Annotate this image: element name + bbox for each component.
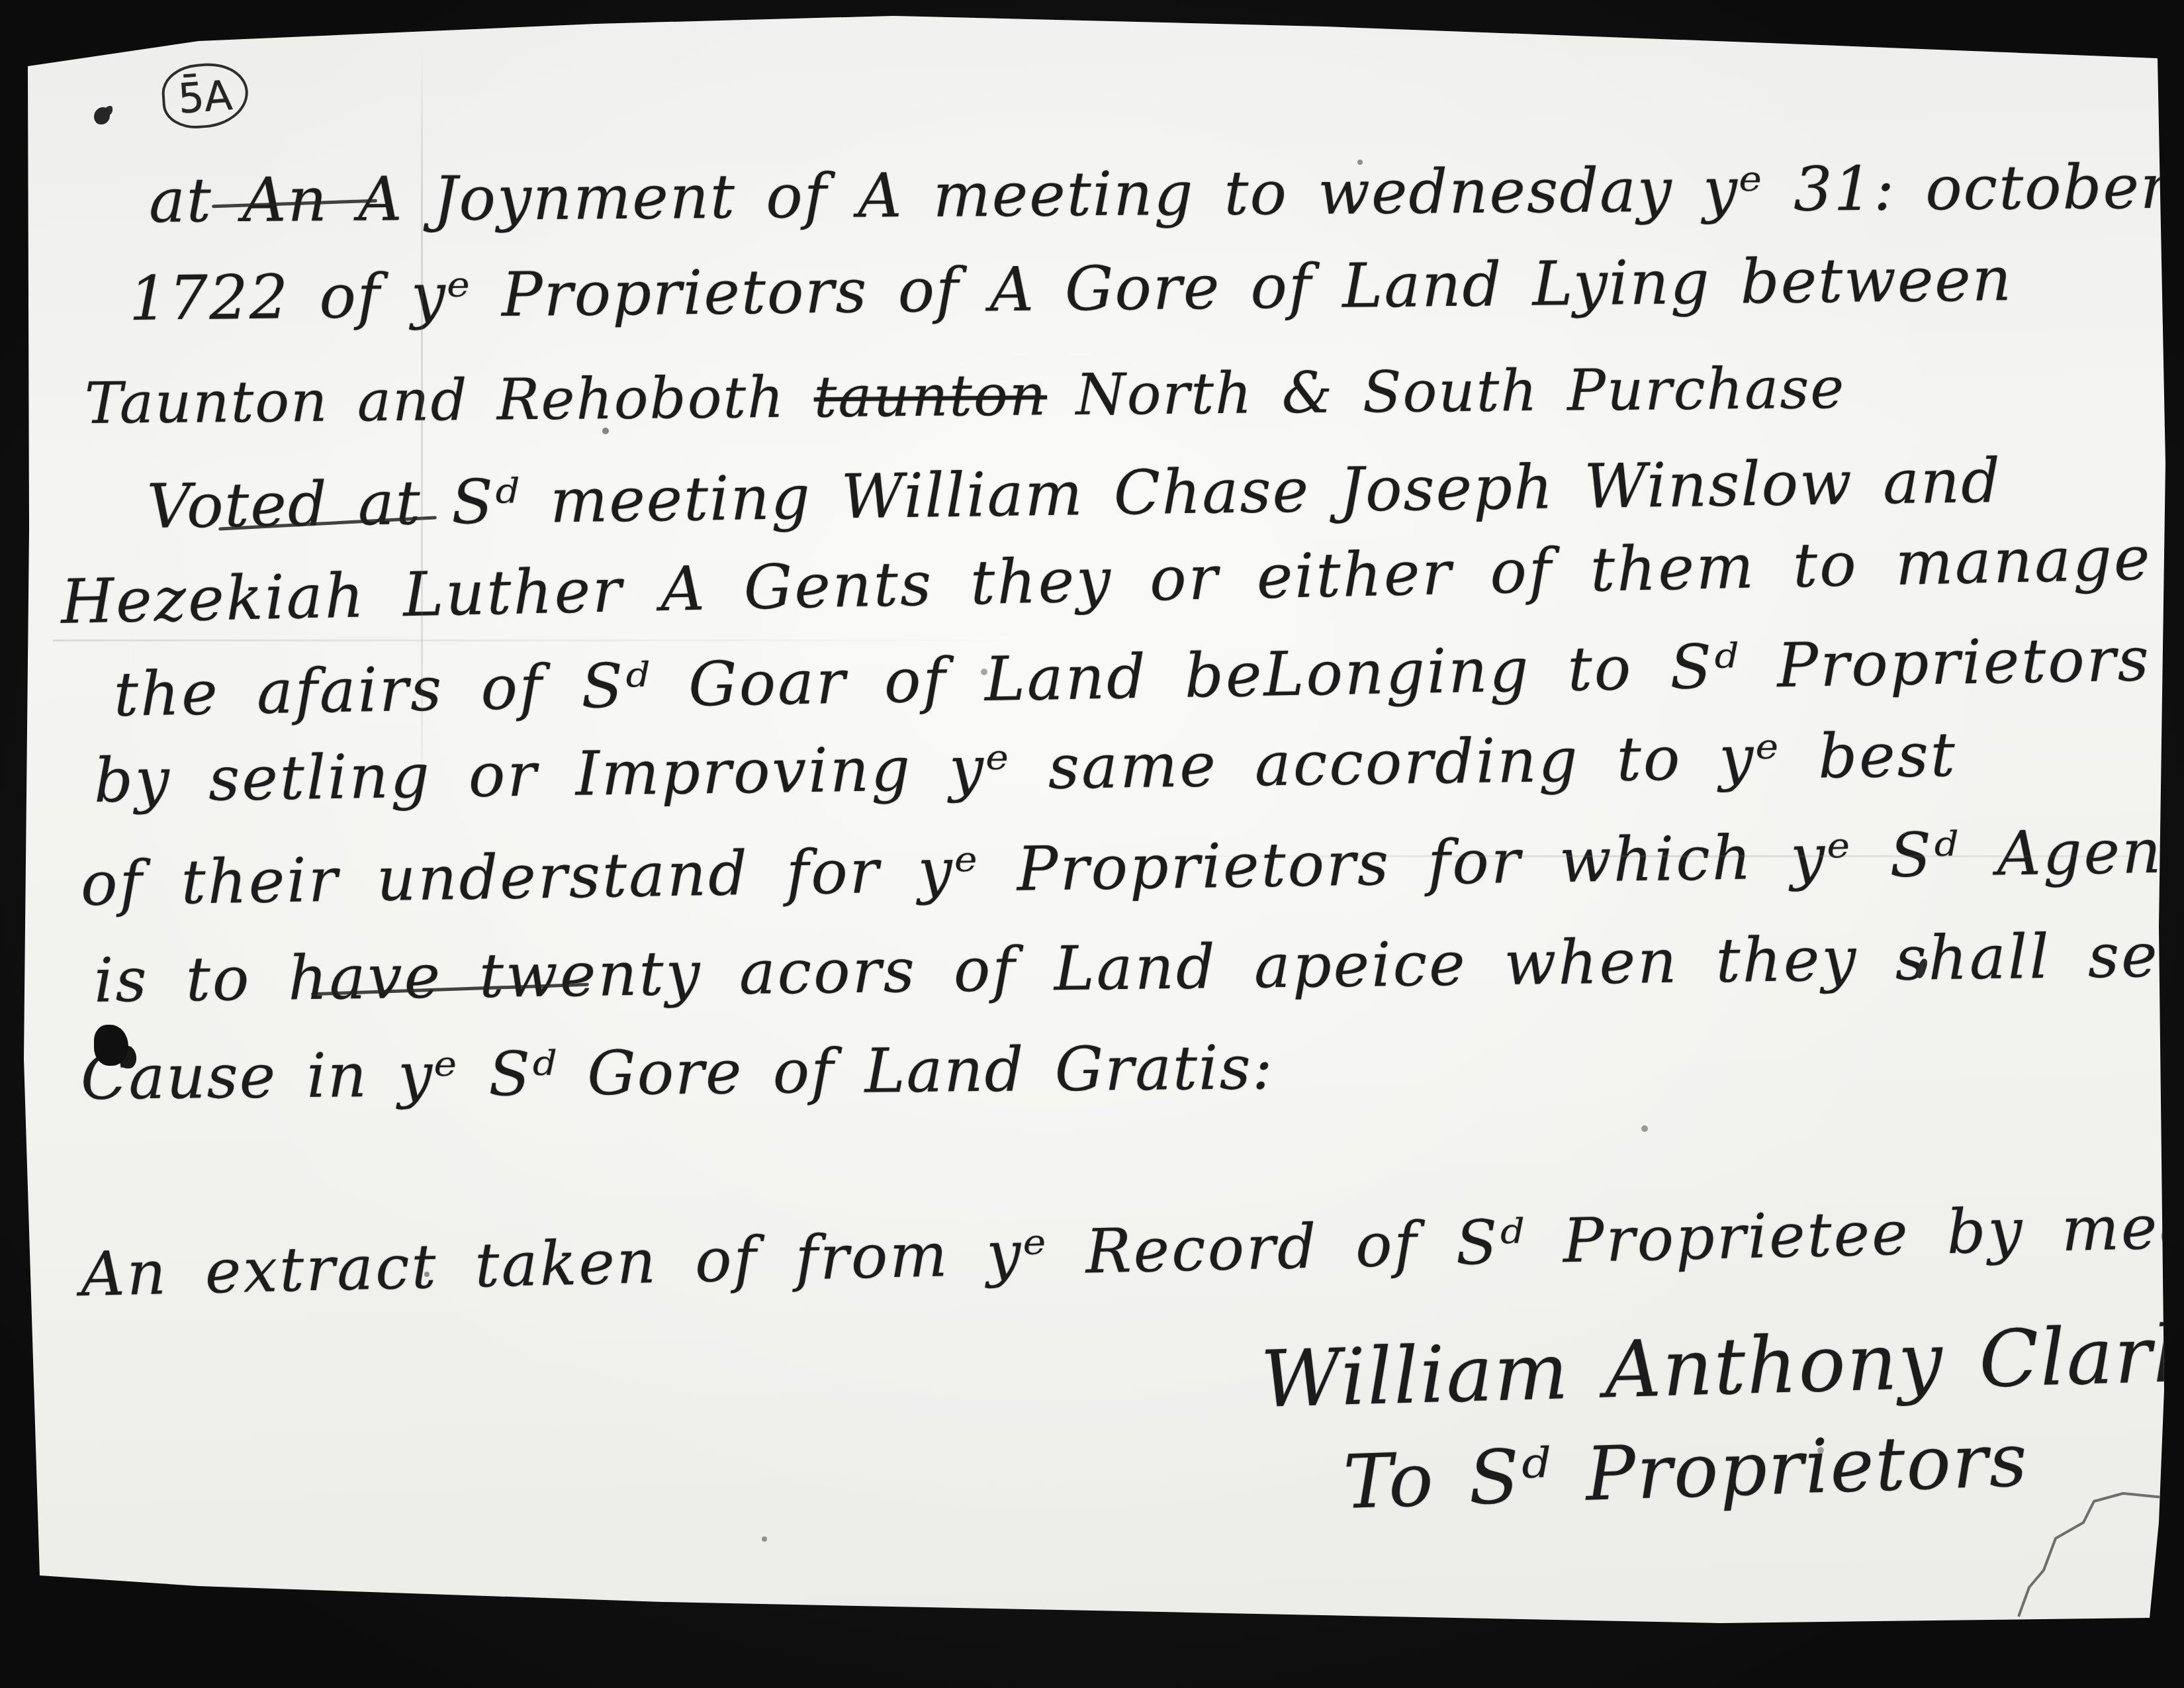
scanned-manuscript-page: { "colors": { "scan_background": "#14141… xyxy=(0,0,2184,1688)
paper-tear-crack xyxy=(0,0,2184,1688)
manuscript-paper: 5̄A at An A Joynment of A meeting to wed… xyxy=(0,0,2184,1688)
paper-specks xyxy=(0,0,4,4)
